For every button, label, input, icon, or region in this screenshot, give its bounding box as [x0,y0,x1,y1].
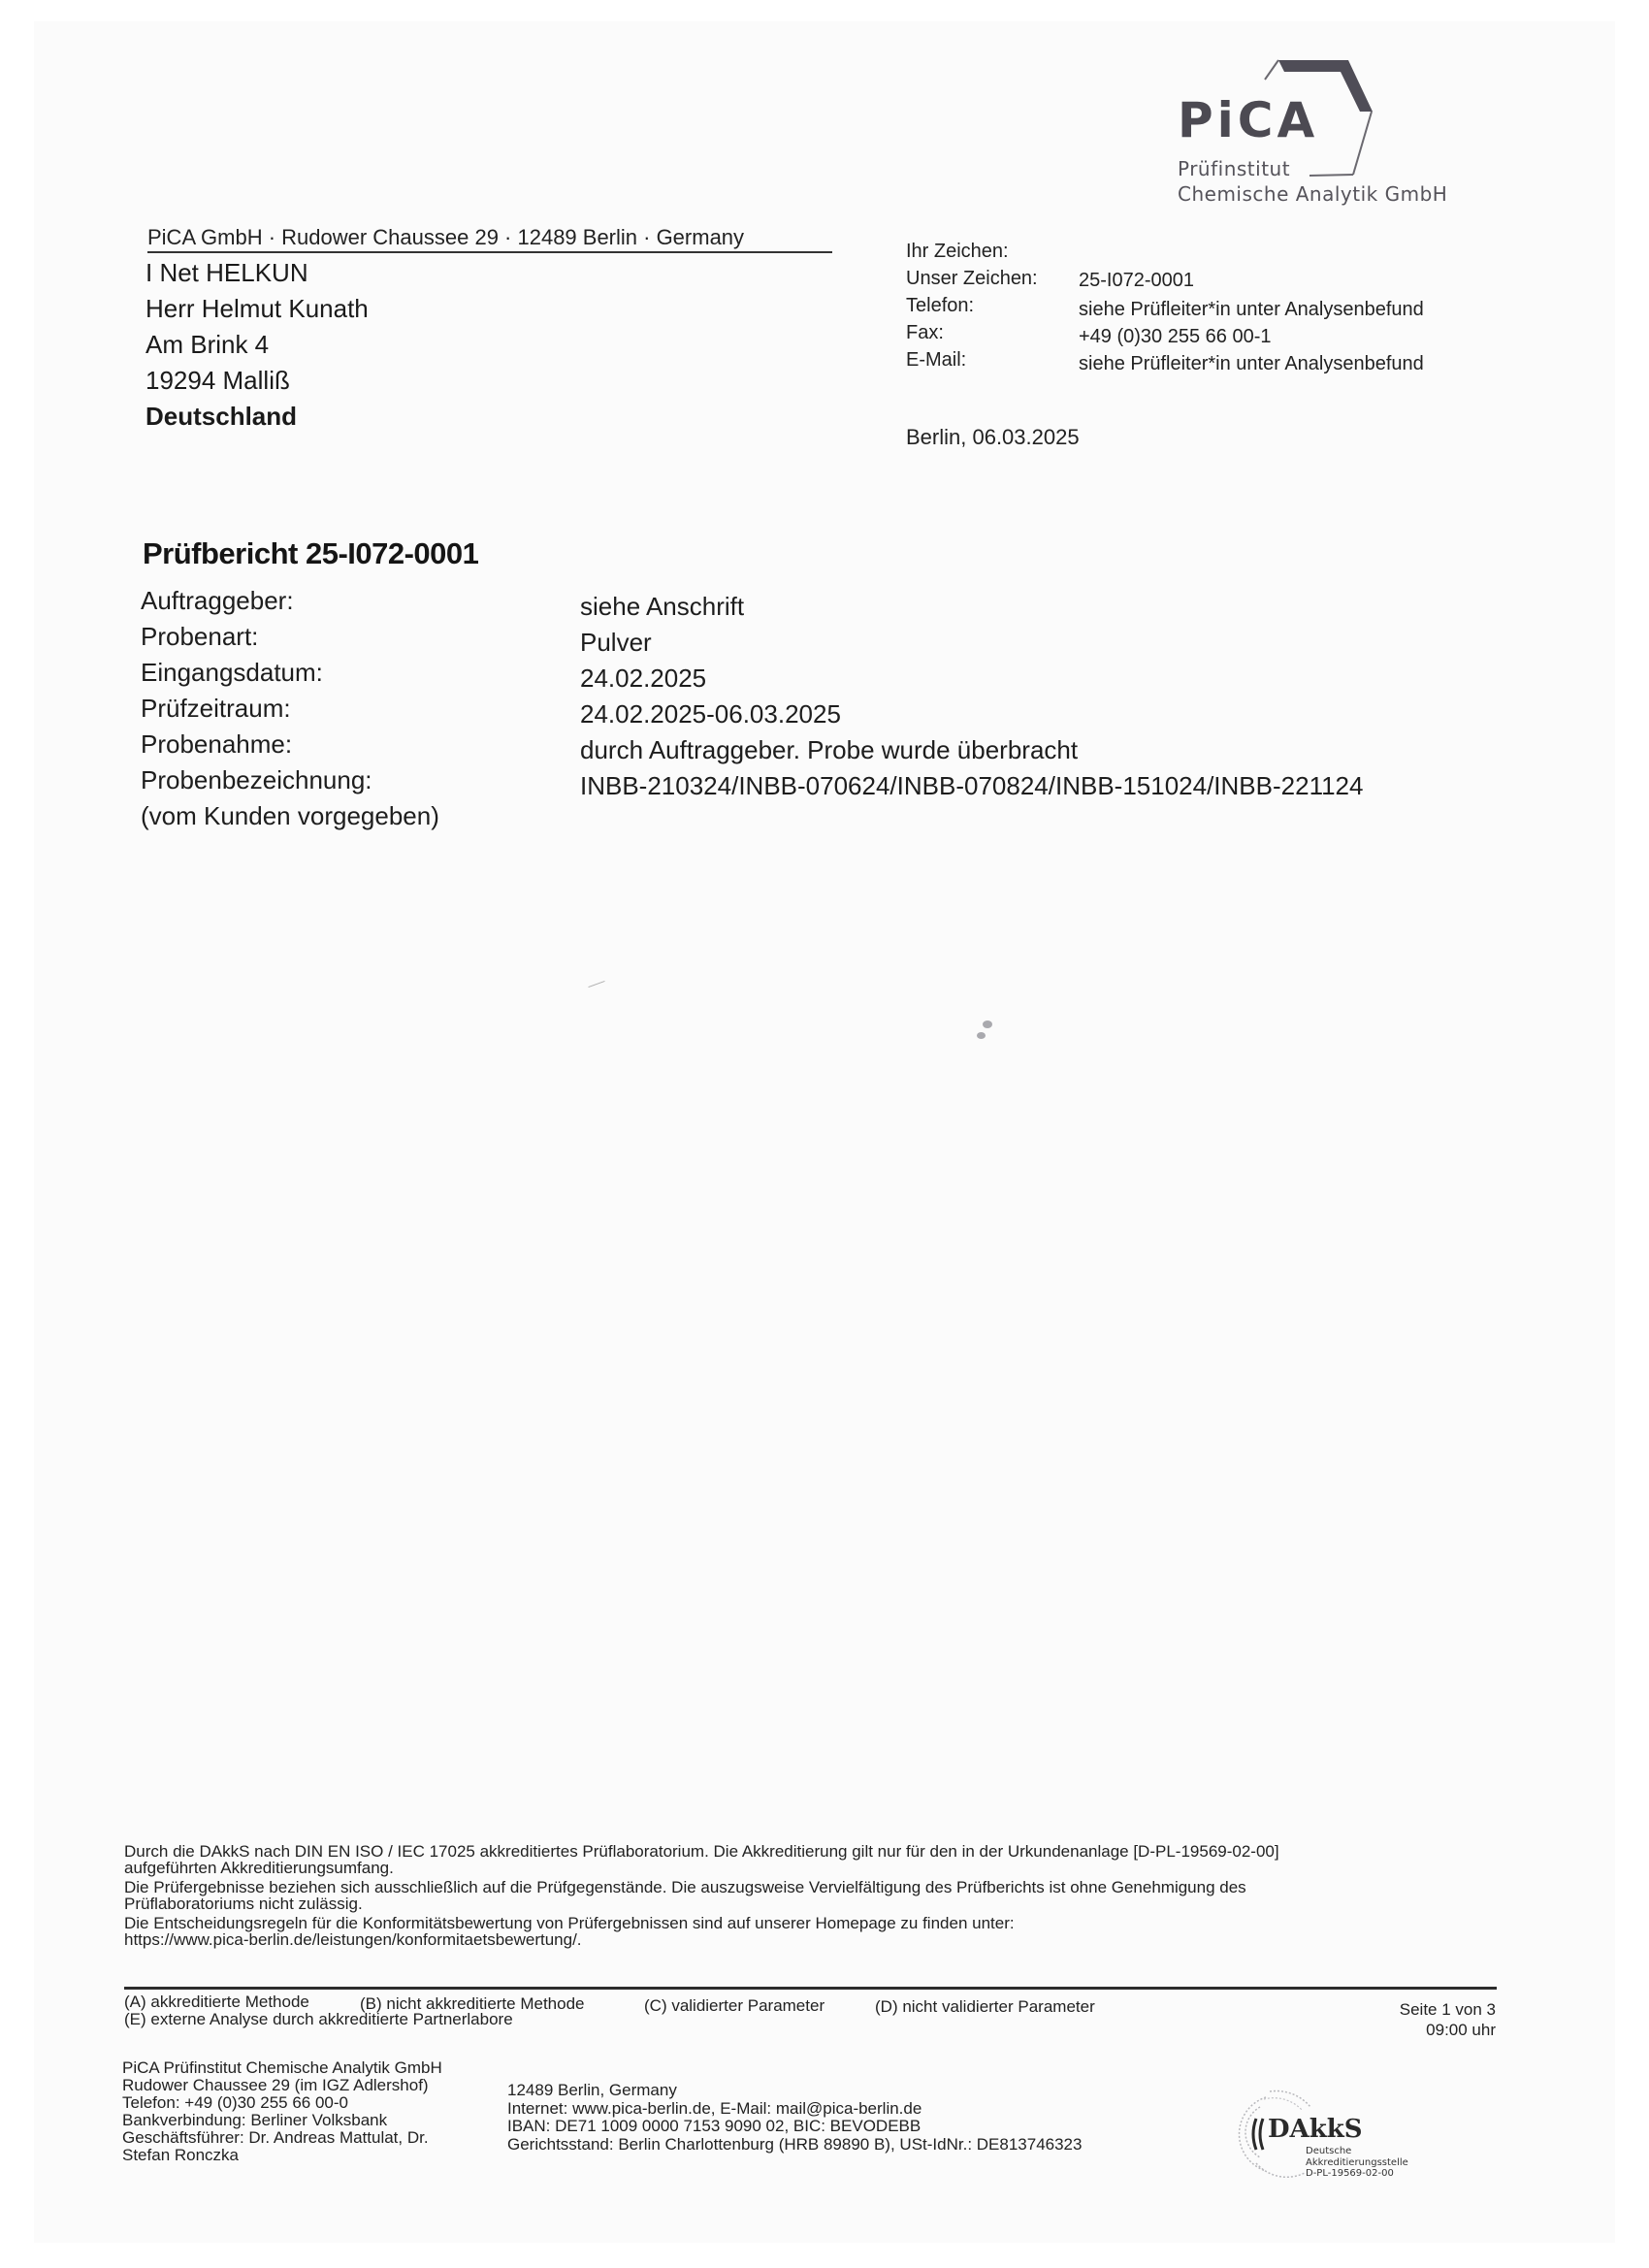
scan-speck [983,1021,992,1028]
field-label-probenbezeichnung: Probenbezeichnung: [141,765,372,795]
ref-value-email: siehe Prüfleiter*in unter Analysenbefund [1079,353,1424,375]
imprint-company: PiCA Prüfinstitut Chemische Analytik Gmb… [122,2058,442,2078]
report-title: Prüfbericht 25-I072-0001 [143,536,478,571]
logo-subtitle-2: Chemische Analytik GmbH [1178,182,1447,206]
field-value-probenahme: durch Auftraggeber. Probe wurde überbrac… [580,735,1078,765]
ref-value-fax: +49 (0)30 255 66 00-1 [1079,326,1272,348]
recipient-street: Am Brink 4 [145,330,269,360]
logo-subtitle-1: Prüfinstitut [1178,157,1290,180]
legend-e: (E) externe Analyse durch akkreditierte … [124,2010,513,2029]
imprint-bank: Bankverbindung: Berliner Volksbank [122,2111,387,2130]
print-time: 09:00 uhr [1426,2021,1496,2040]
logo-wordmark: PiCA [1178,92,1318,148]
field-label-probenahme: Probenahme: [141,729,292,760]
footer-divider [124,1987,1497,1990]
imprint-city: 12489 Berlin, Germany [507,2081,677,2100]
imprint-court-vat: Gerichtsstand: Berlin Charlottenburg (HR… [507,2135,1082,2155]
field-label-eingangsdatum: Eingangsdatum: [141,658,323,688]
accreditation-note-2: aufgeführten Akkreditierungsumfang. [124,1859,394,1878]
field-value-eingangsdatum: 24.02.2025 [580,664,706,694]
ref-label-email: E-Mail: [906,349,966,372]
ref-value-telefon: siehe Prüfleiter*in unter Analysenbefund [1079,299,1424,321]
page-number: Seite 1 von 3 [1400,2000,1496,2020]
legend-d: (D) nicht validierter Parameter [875,1997,1095,2017]
field-value-auftraggeber: siehe Anschrift [580,592,744,622]
ref-value-unser-zeichen: 25-I072-0001 [1079,270,1194,292]
dakks-line-3: D-PL-19569-02-00 [1306,2168,1394,2179]
imprint-managers-1: Geschäftsführer: Dr. Andreas Mattulat, D… [122,2128,429,2148]
scan-speck [977,1032,986,1039]
letter-date: Berlin, 06.03.2025 [906,425,1080,450]
field-value-probenart: Pulver [580,628,652,658]
imprint-street: Rudower Chaussee 29 (im IGZ Adlershof) [122,2076,429,2095]
recipient-city: 19294 Malliß [145,366,290,396]
field-note-customer-provided: (vom Kunden vorgegeben) [141,801,439,831]
recipient-contact: Herr Helmut Kunath [145,294,369,324]
field-label-pruefzeitraum: Prüfzeitraum: [141,694,291,724]
imprint-managers-2: Stefan Ronczka [122,2146,239,2165]
field-label-probenart: Probenart: [141,622,258,652]
field-value-probenbezeichnung: INBB-210324/INBB-070624/INBB-070824/INBB… [580,771,1363,801]
imprint-web-email[interactable]: Internet: www.pica-berlin.de, E-Mail: ma… [507,2099,921,2119]
ref-label-unser-zeichen: Unser Zeichen: [906,268,1038,290]
dakks-accreditation-badge: DAkkS Deutsche Akkreditierungsstelle D-P… [1227,2086,1460,2178]
recipient-country: Deutschland [145,402,297,432]
legend-a: (A) akkreditierte Methode [124,1993,309,2012]
imprint-iban: IBAN: DE71 1009 0000 7153 9090 02, BIC: … [507,2117,921,2136]
ref-label-ihr-zeichen: Ihr Zeichen: [906,241,1009,263]
field-label-auftraggeber: Auftraggeber: [141,586,294,616]
imprint-phone: Telefon: +49 (0)30 255 66 00-0 [122,2093,348,2113]
pica-logo: PiCA Prüfinstitut Chemische Analytik Gmb… [1164,53,1474,218]
ref-label-telefon: Telefon: [906,295,974,317]
dakks-line-2: Akkreditierungsstelle [1306,2157,1408,2168]
legend-c: (C) validierter Parameter [644,1996,824,2016]
sender-return-address: PiCA GmbH · Rudower Chaussee 29 · 12489 … [147,225,832,253]
dakks-wordmark: DAkkS [1268,2115,1363,2144]
field-value-pruefzeitraum: 24.02.2025-06.03.2025 [580,699,841,729]
decision-rules-link[interactable]: https://www.pica-berlin.de/leistungen/ko… [124,1930,582,1950]
results-note-2: Prüflaboratoriums nicht zulässig. [124,1895,363,1914]
recipient-company: I Net HELKUN [145,258,308,288]
dakks-line-1: Deutsche [1306,2146,1351,2156]
ref-label-fax: Fax: [906,322,944,344]
